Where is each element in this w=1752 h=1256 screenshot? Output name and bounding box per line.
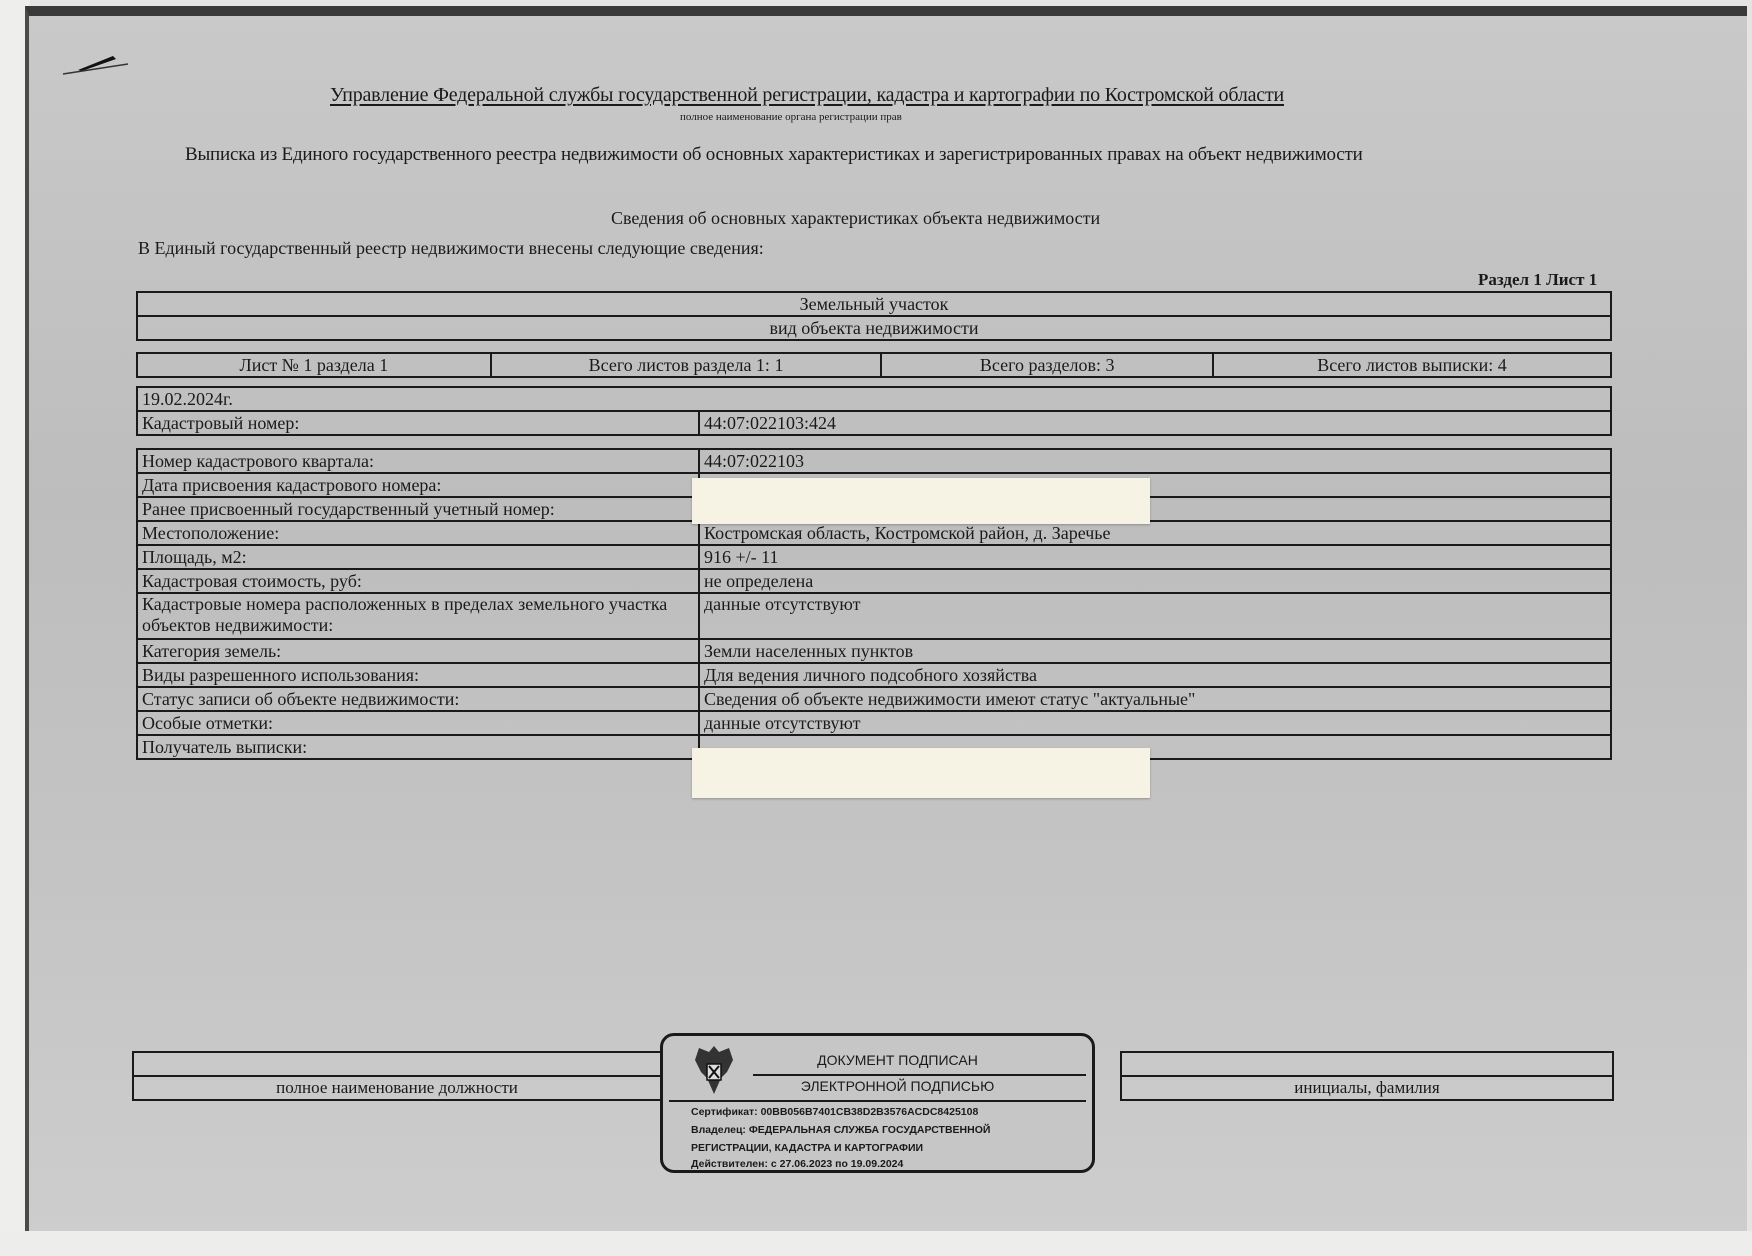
stamp-certificate: Сертификат: 00BB056B7401CB38D2B3576ACDC8… xyxy=(691,1106,978,1118)
row-value: данные отсутствуют xyxy=(699,593,1611,639)
row-label: Кадастровая стоимость, руб: xyxy=(137,569,699,593)
intro-text: В Единый государственный реестр недвижим… xyxy=(138,238,764,259)
row-label: Ранее присвоенный государственный учетны… xyxy=(137,497,699,521)
row-value: данные отсутствуют xyxy=(699,711,1611,735)
section-sheet-reference: Раздел 1 Лист 1 xyxy=(1478,270,1597,290)
position-blank xyxy=(133,1052,661,1076)
date-cadastral-table: 19.02.2024г. Кадастровый номер: 44:07:02… xyxy=(136,386,1612,436)
electronic-signature-stamp: ДОКУМЕНТ ПОДПИСАН ЭЛЕКТРОННОЙ ПОДПИСЬЮ С… xyxy=(660,1033,1095,1173)
row-label: Площадь, м2: xyxy=(137,545,699,569)
section-count: Всего разделов: 3 xyxy=(881,353,1213,377)
stamp-line-1: ДОКУМЕНТ ПОДПИСАН xyxy=(663,1052,1092,1068)
table-row: Виды разрешенного использования: Для вед… xyxy=(137,663,1611,687)
registration-authority-caption: полное наименование органа регистрации п… xyxy=(680,111,902,123)
registration-authority-name: Управление Федеральной службы государств… xyxy=(330,84,1284,107)
sheets-info-table: Лист № 1 раздела 1 Всего листов раздела … xyxy=(136,352,1612,378)
underlying-paper-bottom xyxy=(0,1231,1752,1256)
section-sheet-count: Всего листов раздела 1: 1 xyxy=(491,353,882,377)
name-signature-field: инициалы, фамилия xyxy=(1120,1051,1614,1101)
cadastral-number-value: 44:07:022103:424 xyxy=(699,411,1611,435)
name-caption: инициалы, фамилия xyxy=(1121,1076,1613,1100)
table-row: Особые отметки: данные отсутствуют xyxy=(137,711,1611,735)
position-signature-field: полное наименование должности xyxy=(132,1051,662,1101)
cadastral-number-label: Кадастровый номер: xyxy=(137,411,699,435)
stamp-line-2: ЭЛЕКТРОННОЙ ПОДПИСЬЮ xyxy=(663,1078,1092,1094)
extract-sheet-count: Всего листов выписки: 4 xyxy=(1213,353,1611,377)
redaction-sticker xyxy=(692,748,1150,798)
table-row: Категория земель: Земли населенных пункт… xyxy=(137,639,1611,663)
row-value: Костромская область, Костромской район, … xyxy=(699,521,1611,545)
redaction-sticker xyxy=(692,478,1150,524)
stamp-owner-line-1: Владелец: ФЕДЕРАЛЬНАЯ СЛУЖБА ГОСУДАРСТВЕ… xyxy=(691,1124,990,1136)
row-label: Кадастровые номера расположенных в преде… xyxy=(137,593,699,639)
row-value: не определена xyxy=(699,569,1611,593)
stamp-owner-line-2: РЕГИСТРАЦИИ, КАДАСТРА И КАРТОГРАФИИ xyxy=(691,1142,923,1154)
table-row: Кадастровая стоимость, руб: не определен… xyxy=(137,569,1611,593)
row-value: 44:07:022103 xyxy=(699,449,1611,473)
row-label: Получатель выписки: xyxy=(137,735,699,759)
extract-date: 19.02.2024г. xyxy=(137,387,1611,411)
object-type-caption: вид объекта недвижимости xyxy=(137,316,1611,340)
row-label: Категория земель: xyxy=(137,639,699,663)
position-caption: полное наименование должности xyxy=(133,1076,661,1100)
table-row: Площадь, м2: 916 +/- 11 xyxy=(137,545,1611,569)
section-title: Сведения об основных характеристиках объ… xyxy=(611,208,1100,229)
row-label: Местоположение: xyxy=(137,521,699,545)
row-label: Номер кадастрового квартала: xyxy=(137,449,699,473)
row-value: Земли населенных пунктов xyxy=(699,639,1611,663)
extract-title: Выписка из Единого государственного реес… xyxy=(185,144,1363,166)
object-type-value: Земельный участок xyxy=(137,292,1611,316)
stamp-divider xyxy=(753,1074,1086,1076)
object-type-table: Земельный участок вид объекта недвижимос… xyxy=(136,291,1612,341)
row-value: Для ведения личного подсобного хозяйства xyxy=(699,663,1611,687)
row-label: Виды разрешенного использования: xyxy=(137,663,699,687)
table-row: Номер кадастрового квартала: 44:07:02210… xyxy=(137,449,1611,473)
row-label: Особые отметки: xyxy=(137,711,699,735)
table-row: Местоположение: Костромская область, Кос… xyxy=(137,521,1611,545)
sheet-number: Лист № 1 раздела 1 xyxy=(137,353,491,377)
table-row: Кадастровые номера расположенных в преде… xyxy=(137,593,1611,639)
stamp-divider xyxy=(669,1100,1086,1102)
pen-mark-icon xyxy=(58,50,138,78)
row-label: Статус записи об объекте недвижимости: xyxy=(137,687,699,711)
name-blank xyxy=(1121,1052,1613,1076)
row-value: Сведения об объекте недвижимости имеют с… xyxy=(699,687,1611,711)
row-label: Дата присвоения кадастрового номера: xyxy=(137,473,699,497)
row-value: 916 +/- 11 xyxy=(699,545,1611,569)
stamp-validity: Действителен: с 27.06.2023 по 19.09.2024 xyxy=(691,1158,903,1170)
table-row: Статус записи об объекте недвижимости: С… xyxy=(137,687,1611,711)
